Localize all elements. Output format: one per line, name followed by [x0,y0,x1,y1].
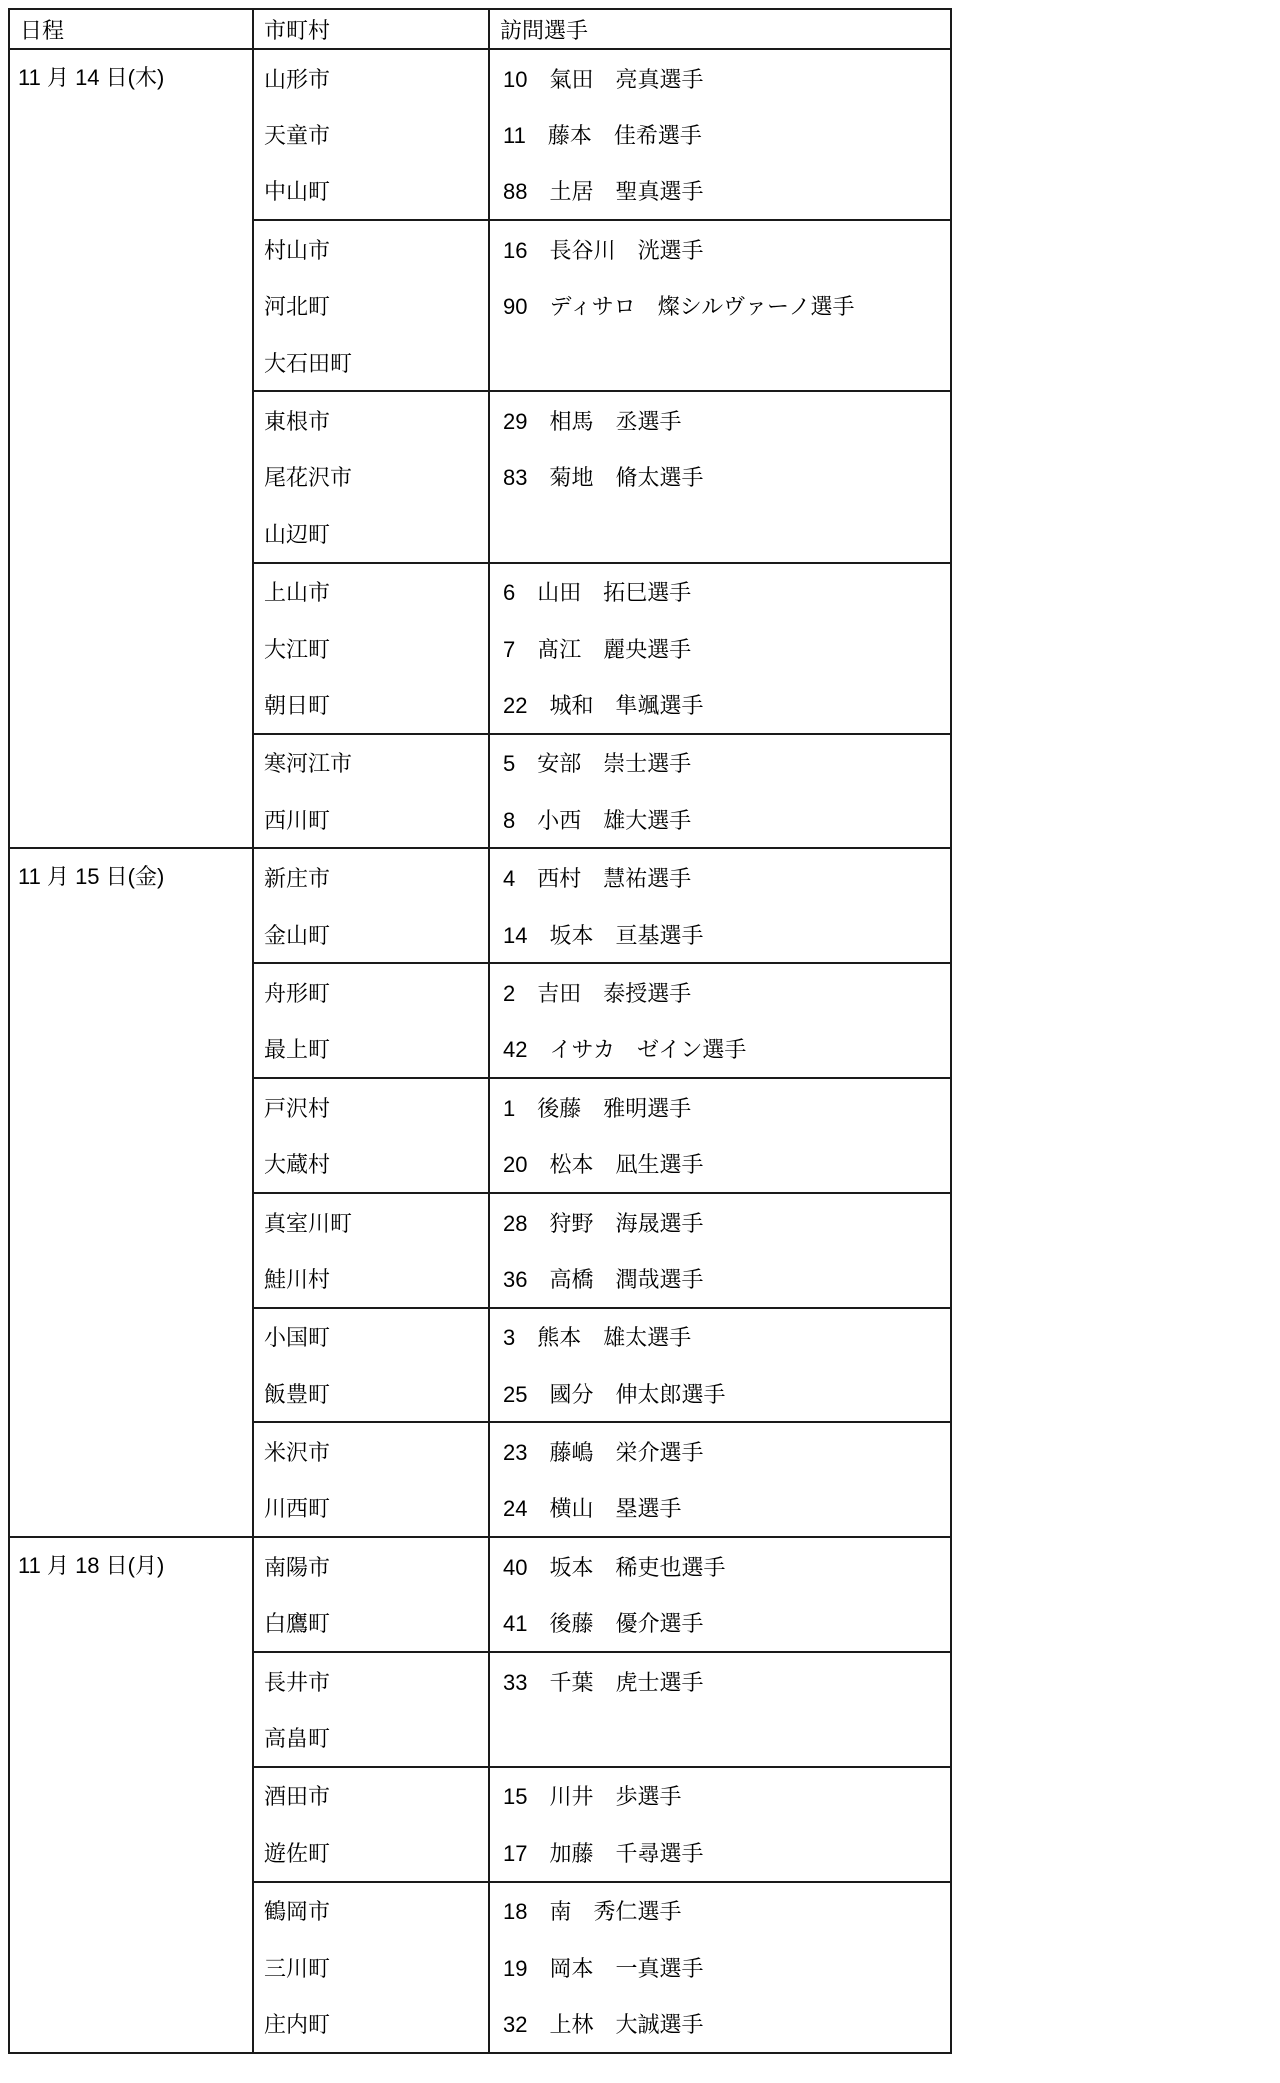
municipality-cell: 新庄市 [253,848,489,905]
player-cell: 40 坂本 稀吏也選手 [489,1537,951,1594]
player-cell: 23 藤嶋 栄介選手 [489,1422,951,1479]
player-cell: 25 國分 伸太郎選手 [489,1365,951,1422]
municipality-cell: 三川町 [253,1939,489,1995]
municipality-cell: 最上町 [253,1021,489,1078]
player-cell: 5 安部 崇士選手 [489,734,951,791]
player-cell: 11 藤本 佳希選手 [489,106,951,162]
schedule-table-header: 日程 市町村 訪問選手 [9,9,951,49]
municipality-cell: 中山町 [253,163,489,220]
player-cell: 32 上林 大誠選手 [489,1995,951,2052]
municipality-cell: 酒田市 [253,1767,489,1824]
player-cell: 15 川井 歩選手 [489,1767,951,1824]
table-row: 11 月 15 日(金)新庄市4 西村 慧祐選手 [9,848,951,905]
document-page: 日程 市町村 訪問選手 11 月 14 日(木)山形市10 氣田 亮真選手天童市… [8,8,952,2054]
player-cell: 7 髙江 麗央選手 [489,620,951,676]
municipality-cell: 真室川町 [253,1193,489,1250]
date-cell: 11 月 15 日(金) [9,848,253,1537]
municipality-cell: 上山市 [253,563,489,620]
player-cell: 36 高橋 潤哉選手 [489,1250,951,1307]
municipality-cell: 舟形町 [253,963,489,1020]
player-cell: 28 狩野 海晟選手 [489,1193,951,1250]
municipality-cell: 河北町 [253,278,489,334]
municipality-cell: 遊佐町 [253,1824,489,1881]
player-cell: 41 後藤 優介選手 [489,1595,951,1652]
player-cell: 33 千葉 虎士選手 [489,1652,951,1709]
table-row: 11 月 18 日(月)南陽市40 坂本 稀吏也選手 [9,1537,951,1594]
municipality-cell: 鮭川村 [253,1250,489,1307]
municipality-cell: 大江町 [253,620,489,676]
header-row: 日程 市町村 訪問選手 [9,9,951,49]
municipality-cell: 山形市 [253,49,489,106]
player-cell: 18 南 秀仁選手 [489,1882,951,1939]
player-cell: 90 ディサロ 燦シルヴァーノ選手 [489,278,951,334]
schedule-table: 日程 市町村 訪問選手 11 月 14 日(木)山形市10 氣田 亮真選手天童市… [8,8,952,2054]
municipality-cell: 庄内町 [253,1995,489,2052]
municipality-cell: 小国町 [253,1308,489,1365]
municipality-cell: 南陽市 [253,1537,489,1594]
municipality-cell: 山辺町 [253,505,489,562]
player-cell: 83 菊地 脩太選手 [489,449,951,505]
municipality-cell: 大蔵村 [253,1135,489,1192]
player-cell: 88 土居 聖真選手 [489,163,951,220]
player-cell: 24 横山 塁選手 [489,1480,951,1537]
player-cell: 2 吉田 泰授選手 [489,963,951,1020]
date-cell: 11 月 18 日(月) [9,1537,253,2053]
municipality-cell: 白鷹町 [253,1595,489,1652]
municipality-cell: 朝日町 [253,676,489,733]
column-header-date: 日程 [9,9,253,49]
municipality-cell: 川西町 [253,1480,489,1537]
table-row: 11 月 14 日(木)山形市10 氣田 亮真選手 [9,49,951,106]
player-cell [489,505,951,562]
player-cell: 8 小西 雄大選手 [489,791,951,848]
municipality-cell: 戸沢村 [253,1078,489,1135]
player-cell: 19 岡本 一真選手 [489,1939,951,1995]
player-cell: 14 坂本 亘基選手 [489,906,951,963]
municipality-cell: 天童市 [253,106,489,162]
player-cell: 4 西村 慧祐選手 [489,848,951,905]
municipality-cell: 西川町 [253,791,489,848]
player-cell: 20 松本 凪生選手 [489,1135,951,1192]
municipality-cell: 高畠町 [253,1709,489,1766]
player-cell: 29 相馬 丞選手 [489,391,951,448]
player-cell: 16 長谷川 洸選手 [489,220,951,277]
municipality-cell: 大石田町 [253,334,489,391]
municipality-cell: 東根市 [253,391,489,448]
municipality-cell: 寒河江市 [253,734,489,791]
player-cell: 17 加藤 千尋選手 [489,1824,951,1881]
player-cell: 42 イサカ ゼイン選手 [489,1021,951,1078]
municipality-cell: 村山市 [253,220,489,277]
player-cell [489,334,951,391]
municipality-cell: 鶴岡市 [253,1882,489,1939]
column-header-municipality: 市町村 [253,9,489,49]
column-header-player: 訪問選手 [489,9,951,49]
schedule-table-body: 11 月 14 日(木)山形市10 氣田 亮真選手天童市11 藤本 佳希選手中山… [9,49,951,2053]
municipality-cell: 飯豊町 [253,1365,489,1422]
date-cell: 11 月 14 日(木) [9,49,253,848]
player-cell: 22 城和 隼颯選手 [489,676,951,733]
player-cell: 3 熊本 雄太選手 [489,1308,951,1365]
player-cell: 10 氣田 亮真選手 [489,49,951,106]
municipality-cell: 米沢市 [253,1422,489,1479]
municipality-cell: 尾花沢市 [253,449,489,505]
player-cell [489,1709,951,1766]
municipality-cell: 長井市 [253,1652,489,1709]
player-cell: 6 山田 拓巳選手 [489,563,951,620]
municipality-cell: 金山町 [253,906,489,963]
player-cell: 1 後藤 雅明選手 [489,1078,951,1135]
